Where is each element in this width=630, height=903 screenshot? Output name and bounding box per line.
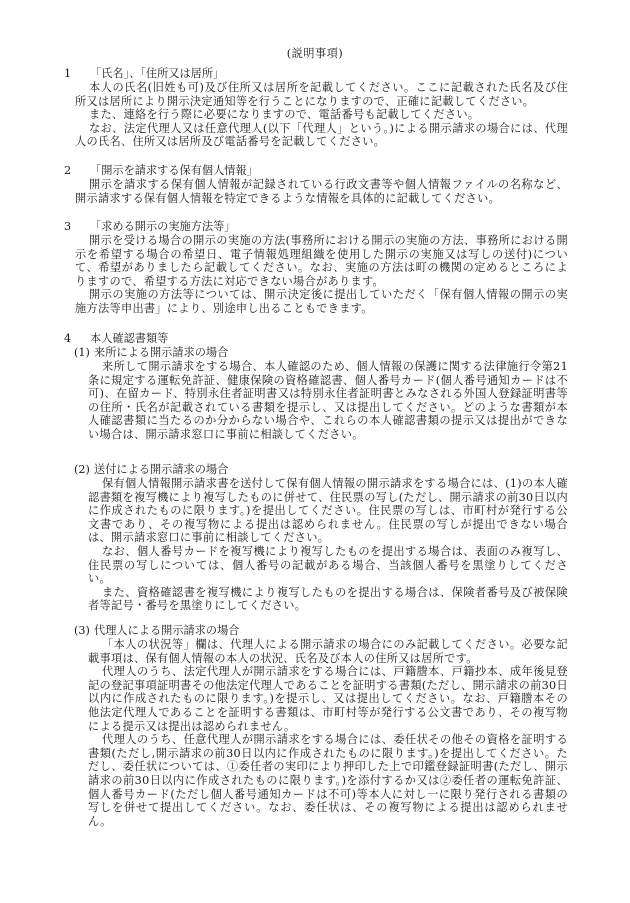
subsection-title: 来所による開示請求の場合 (94, 346, 228, 359)
paragraph: 開示の実施の方法等については、開示決定後に提出していただく「保有個人情報の開示の… (75, 288, 568, 315)
subsection-1-heading: (1)来所による開示請求の場合 (74, 346, 228, 360)
section-title: 「氏名」、「住所又は居所」 (90, 67, 224, 80)
paragraph: 本人の氏名(旧姓も可)及び住所又は居所を記載してください。ここに記載された氏名及… (75, 81, 568, 108)
subsection-3-heading: (3)代理人による開示請求の場合 (74, 624, 239, 638)
document-title: (説明事項) (0, 47, 630, 61)
section-number: 4 (64, 332, 90, 346)
paragraph: 代理人のうち、法定代理人が開示請求をする場合には、戸籍謄本、戸籍抄本、成年後見登… (88, 665, 568, 733)
paragraph: 開示を受ける場合の開示の実施の方法(事務所における開示の実施の方法、事務所におけ… (75, 234, 568, 288)
section-1-heading: 1「氏名」、「住所又は居所」 (64, 67, 224, 81)
section-4-heading: 4本人確認書類等 (64, 332, 168, 346)
subsection-number: (1) (74, 346, 94, 360)
subsection-title: 代理人による開示請求の場合 (94, 624, 239, 637)
paragraph: また、資格確認書を複写機により複写したものを提出する場合は、保険者番号及び被保険… (88, 586, 568, 613)
paragraph: 「本人の状況等」欄は、代理人による開示請求の場合にのみ記載してください。必要な記… (88, 638, 568, 665)
paragraph: 開示を請求する保有個人情報が記録されている行政文書等や個人情報ファイルの名称など… (75, 178, 568, 205)
section-title: 「開示を請求する保有個人情報」 (90, 164, 258, 177)
paragraph: 代理人のうち、任意代理人が開示請求をする場合には、委任状その他その資格を証明する… (88, 733, 568, 828)
paragraph: また、連絡を行う際に必要になりますので、電話番号も記載してください。 (75, 108, 568, 122)
section-number: 2 (64, 164, 90, 178)
section-2-heading: 2「開示を請求する保有個人情報」 (64, 164, 258, 178)
paragraph: 来所して開示請求をする場合、本人確認のため、個人情報の保護に関する法律施行令第2… (88, 360, 568, 442)
section-number: 1 (64, 67, 90, 81)
section-2-body: 開示を請求する保有個人情報が記録されている行政文書等や個人情報ファイルの名称など… (75, 178, 568, 205)
section-title: 「求める開示の実施方法等」 (90, 220, 235, 233)
paragraph: なお、法定代理人又は任意代理人(以下「代理人」という。)による開示請求の場合には… (75, 122, 568, 149)
section-3-heading: 3「求める開示の実施方法等」 (64, 220, 235, 234)
section-3-body: 開示を受ける場合の開示の実施の方法(事務所における開示の実施の方法、事務所におけ… (75, 234, 568, 316)
subsection-3-body: 「本人の状況等」欄は、代理人による開示請求の場合にのみ記載してください。必要な記… (88, 638, 568, 828)
subsection-2-heading: (2)送付による開示請求の場合 (74, 463, 228, 477)
subsection-2-body: 保有個人情報開示請求書を送付して保有個人情報の開示請求をする場合には、(1)の本… (88, 477, 568, 613)
subsection-title: 送付による開示請求の場合 (94, 463, 228, 476)
paragraph: なお、個人番号カードを複写機により複写したものを提出する場合は、表面のみ複写し、… (88, 545, 568, 586)
subsection-number: (3) (74, 624, 94, 638)
section-number: 3 (64, 220, 90, 234)
explanatory-notes-page: (説明事項) 1「氏名」、「住所又は居所」 本人の氏名(旧姓も可)及び住所又は居… (0, 0, 630, 903)
section-title: 本人確認書類等 (90, 332, 168, 345)
subsection-number: (2) (74, 463, 94, 477)
subsection-1-body: 来所して開示請求をする場合、本人確認のため、個人情報の保護に関する法律施行令第2… (88, 360, 568, 442)
paragraph: 保有個人情報開示請求書を送付して保有個人情報の開示請求をする場合には、(1)の本… (88, 477, 568, 545)
section-1-body: 本人の氏名(旧姓も可)及び住所又は居所を記載してください。ここに記載された氏名及… (75, 81, 568, 149)
